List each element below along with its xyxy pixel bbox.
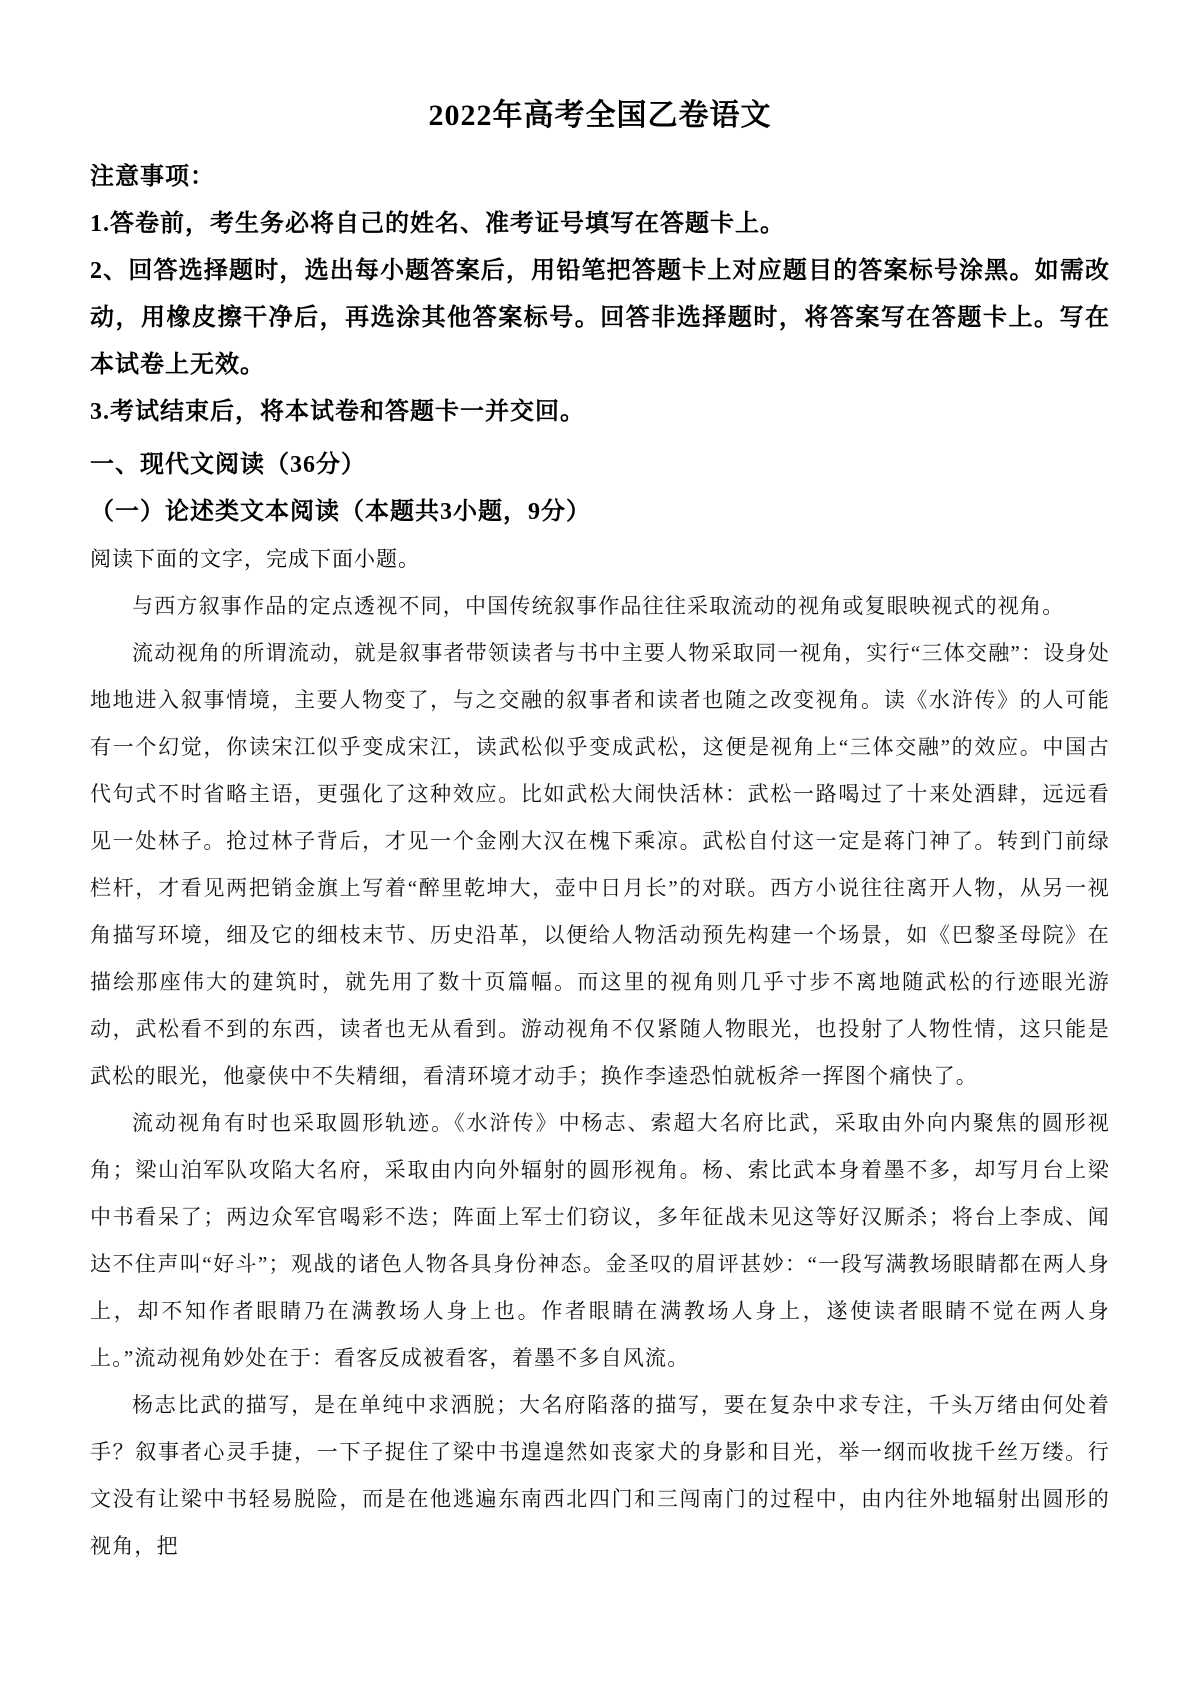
reading-instruction: 阅读下面的文字，完成下面小题。 [90,536,1110,583]
passage-paragraph-3: 流动视角有时也采取圆形轨迹。《水浒传》中杨志、索超大名府比武，采取由外向内聚焦的… [90,1100,1110,1382]
notice-item-1: 1.答卷前，考生务必将自己的姓名、准考证号填写在答题卡上。 [90,201,1110,248]
notice-item-3: 3.考试结束后，将本试卷和答题卡一并交回。 [90,389,1110,436]
passage-body: 与西方叙事作品的定点透视不同，中国传统叙事作品往往采取流动的视角或复眼映视式的视… [90,583,1110,1570]
notice-section: 注意事项： 1.答卷前，考生务必将自己的姓名、准考证号填写在答题卡上。 2、回答… [90,154,1110,436]
exam-paper-page: 2022年高考全国乙卷语文 注意事项： 1.答卷前，考生务必将自己的姓名、准考证… [0,0,1200,1698]
notice-item-2: 2、回答选择题时，选出每小题答案后，用铅笔把答题卡上对应题目的答案标号涂黑。如需… [90,248,1110,389]
passage-paragraph-2: 流动视角的所谓流动，就是叙事者带领读者与书中主要人物采取同一视角，实行“三体交融… [90,630,1110,1100]
section-heading-modern-text-reading: 一、现代文阅读（36分） [90,442,1110,489]
subsection-heading-argumentative-text: （一）论述类文本阅读（本题共3小题，9分） [90,489,1110,536]
page-title: 2022年高考全国乙卷语文 [90,96,1110,136]
passage-paragraph-4: 杨志比武的描写，是在单纯中求洒脱；大名府陷落的描写，要在复杂中求专注，千头万绪由… [90,1382,1110,1570]
notice-heading: 注意事项： [90,154,1110,201]
passage-paragraph-1: 与西方叙事作品的定点透视不同，中国传统叙事作品往往采取流动的视角或复眼映视式的视… [90,583,1110,630]
